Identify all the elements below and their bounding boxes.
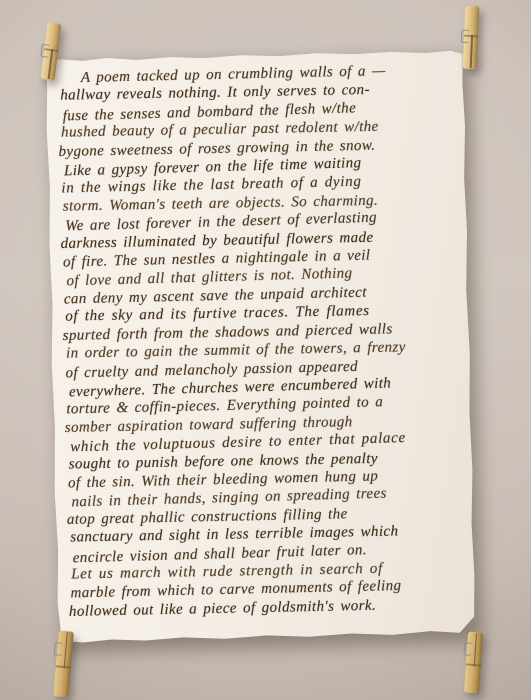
clothespin-spring-wire <box>40 43 50 57</box>
photograph: A poem tacked up on crumbling walls of a… <box>0 0 531 700</box>
poem-paper: A poem tacked up on crumbling walls of a… <box>44 49 476 643</box>
clothespin-spring-wire <box>54 642 63 656</box>
clothespin-top-right <box>463 6 480 70</box>
clothespin-spring-wire <box>461 30 470 43</box>
clothespin-bottom-left <box>53 630 74 697</box>
clothespin-bottom-right <box>464 632 483 694</box>
clothespin-spring-wire <box>463 642 472 656</box>
poem-text: A poem tacked up on crumbling walls of a… <box>44 49 476 643</box>
